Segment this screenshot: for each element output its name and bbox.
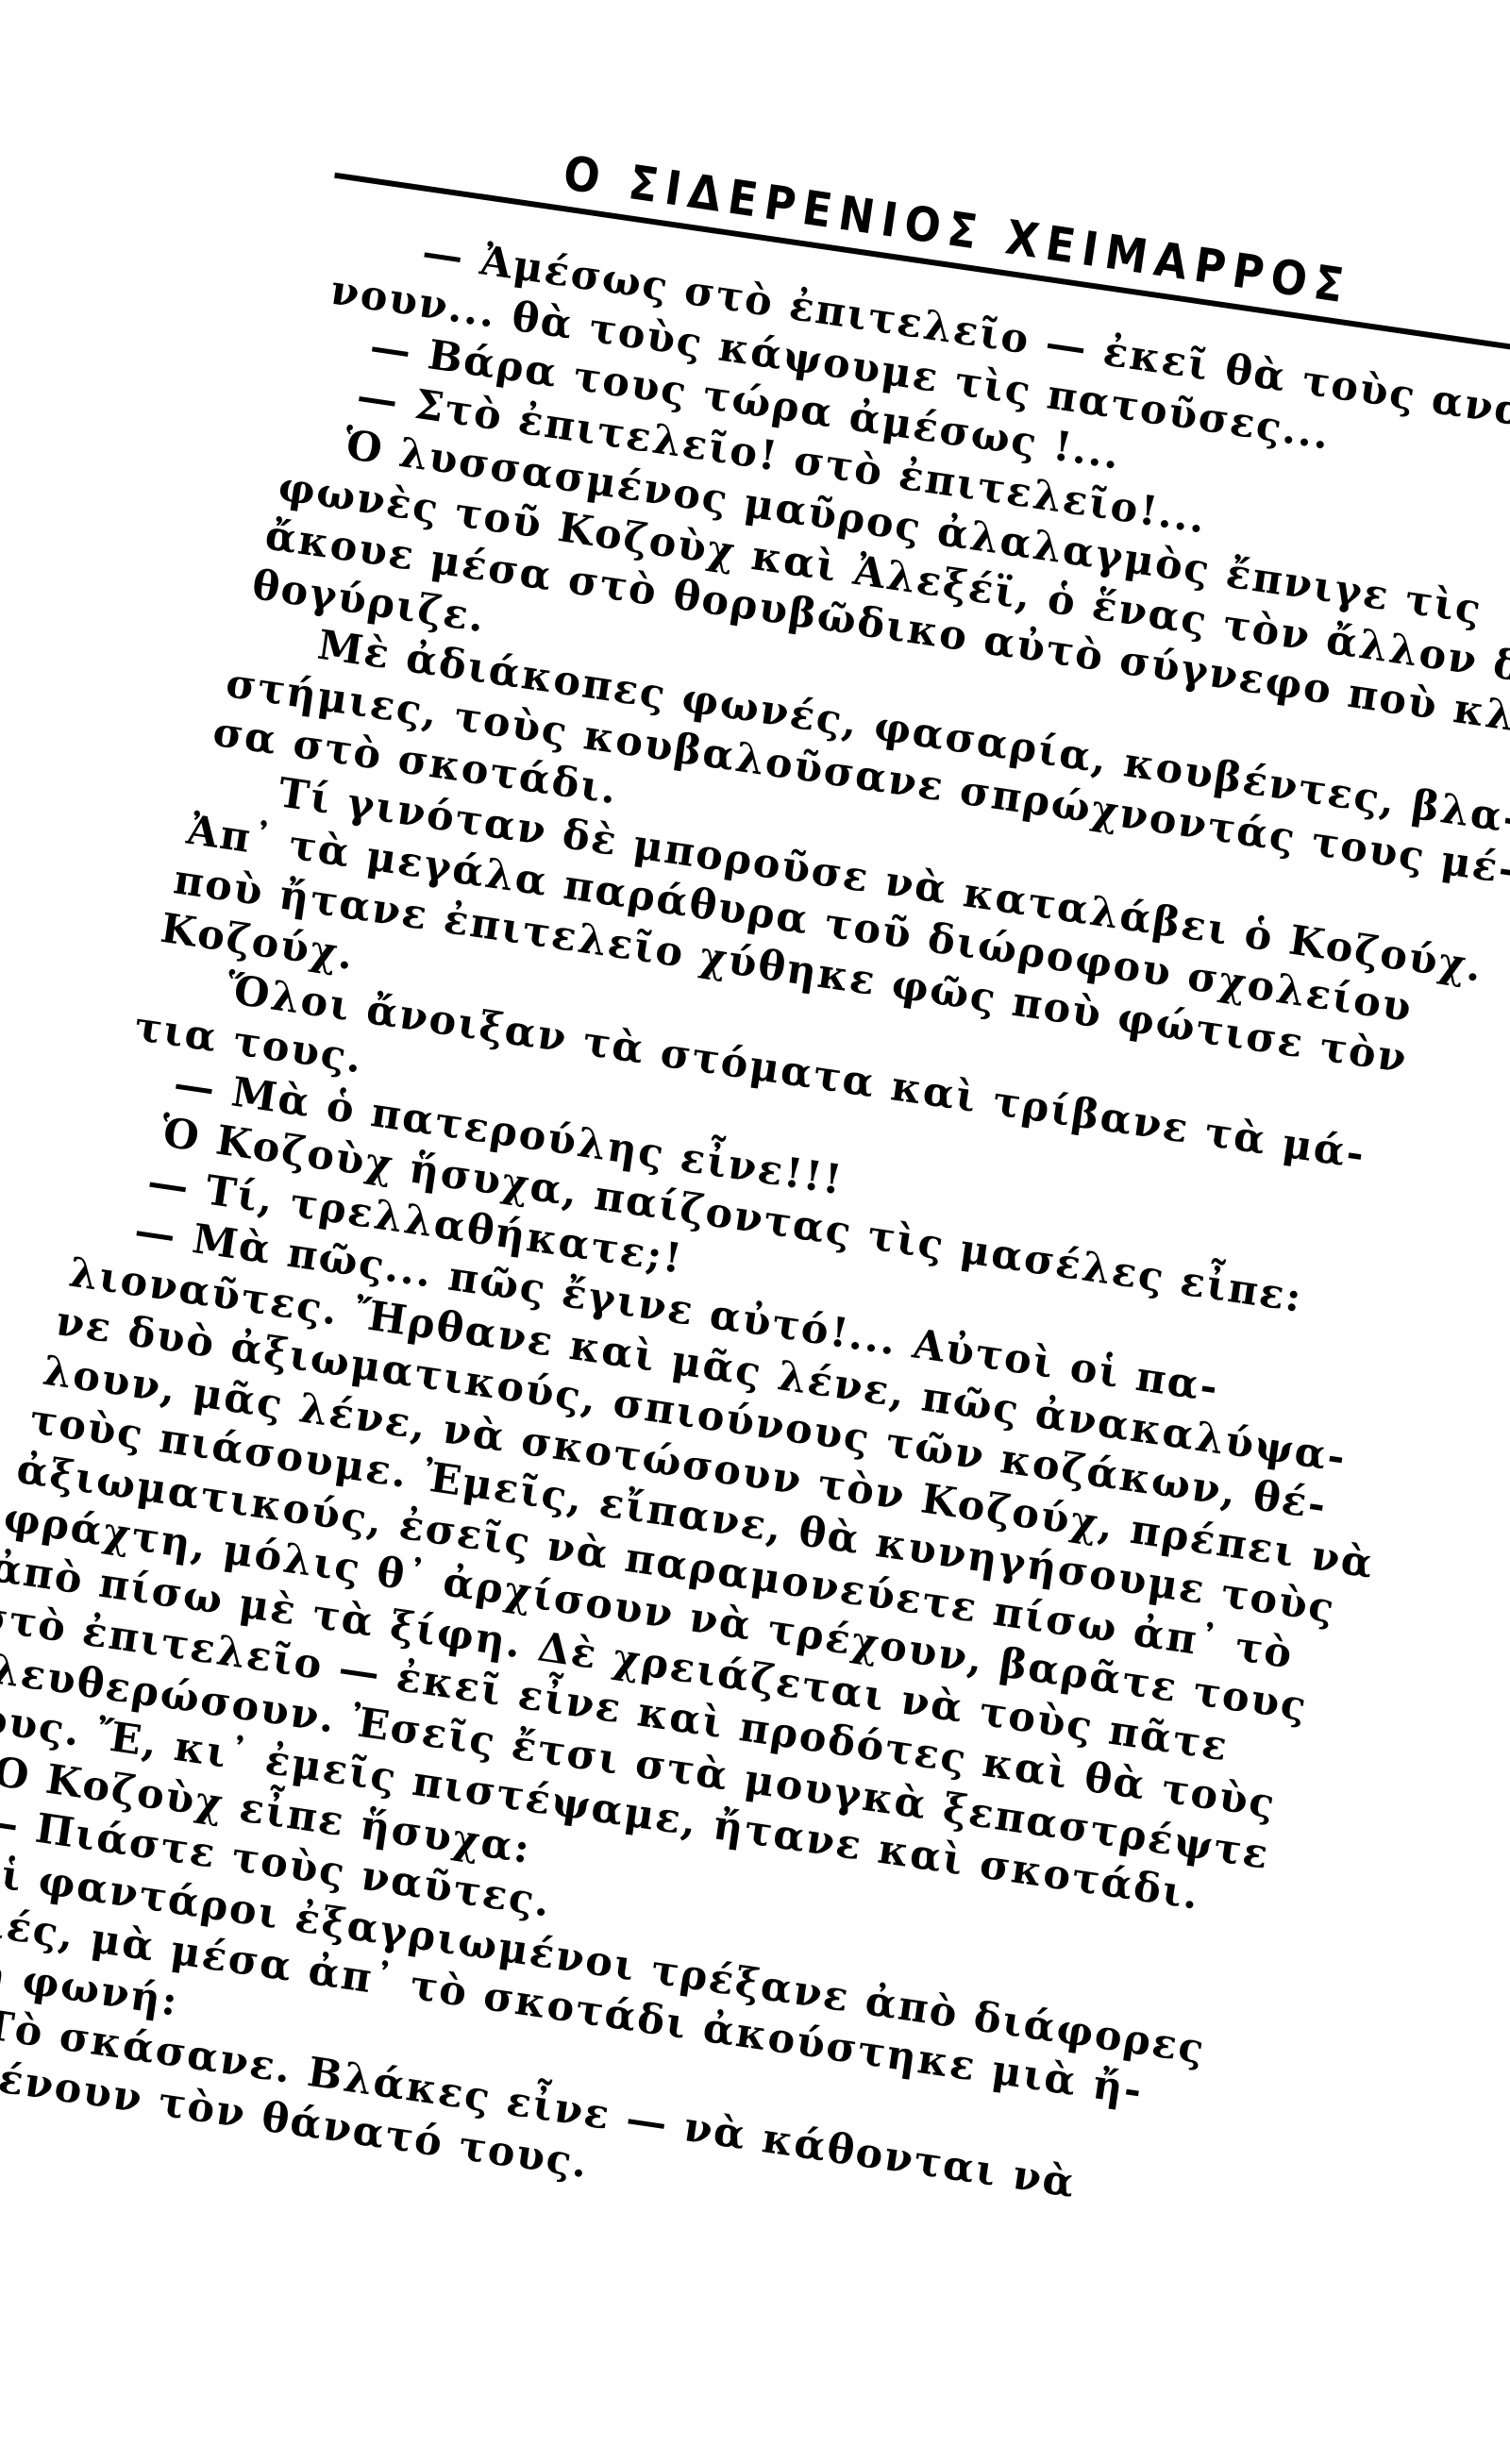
skewed-text-block: Ο ΣΙΔΕΡΕΝΙΟΣ ΧΕΙΜΑΡΡΟΣ — Ἀμέσως στὸ ἐπιτ… [359,142,1510,346]
body-text: — Ἀμέσως στὸ ἐπιτελεῖο — ἐκεῖ θὰ τοὺς αν… [71,216,1510,2305]
scanned-page: Ο ΣΙΔΕΡΕΝΙΟΣ ΧΕΙΜΑΡΡΟΣ — Ἀμέσως στὸ ἐπιτ… [0,0,1510,2464]
